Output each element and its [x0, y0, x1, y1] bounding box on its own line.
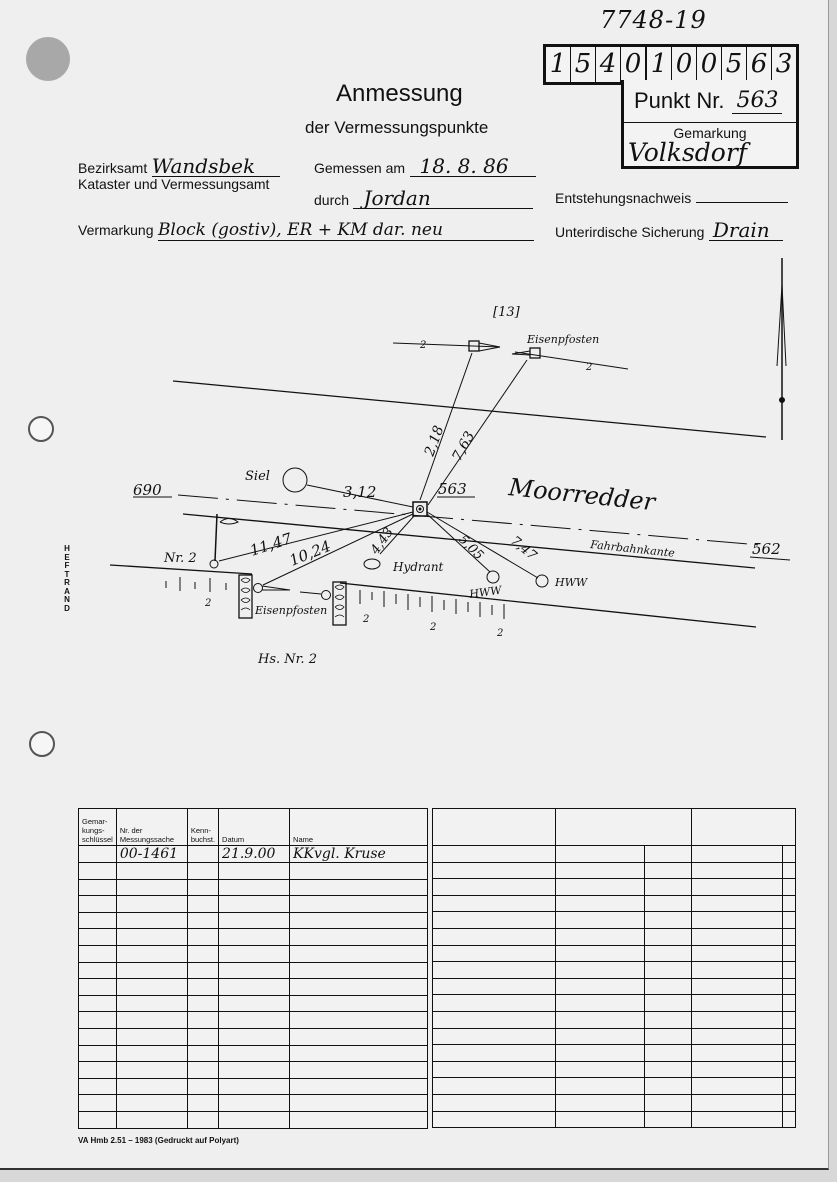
table-row [79, 863, 428, 880]
table-row [79, 995, 428, 1012]
svg-text:562: 562 [752, 540, 781, 558]
cell [433, 1094, 556, 1111]
cell [645, 862, 692, 879]
cell [219, 896, 290, 913]
svg-text:2: 2 [496, 628, 503, 639]
cell [116, 879, 187, 896]
svg-text:2: 2 [362, 614, 369, 625]
cell [116, 1111, 187, 1128]
cell [783, 1111, 796, 1128]
cell [79, 879, 117, 896]
cell [692, 1045, 783, 1062]
cell [290, 1111, 428, 1128]
cell [556, 995, 645, 1012]
cell [783, 1061, 796, 1078]
cell [219, 1028, 290, 1045]
table-row [433, 945, 796, 962]
table-row [79, 1045, 428, 1062]
table-row [79, 879, 428, 896]
cell [116, 979, 187, 996]
cell [116, 1095, 187, 1112]
table-row [433, 862, 796, 879]
cell [290, 962, 428, 979]
cell [556, 1111, 645, 1128]
table-row [433, 962, 796, 979]
svg-text:563: 563 [438, 480, 467, 498]
cell [433, 995, 556, 1012]
cell [645, 1094, 692, 1111]
table-row [433, 1061, 796, 1078]
cell [79, 979, 117, 996]
cell [116, 896, 187, 913]
table-row [433, 1094, 796, 1111]
cell [645, 1078, 692, 1095]
cell [556, 945, 645, 962]
table-row [79, 979, 428, 996]
cell [556, 1028, 645, 1045]
cell [290, 1045, 428, 1062]
cell [783, 995, 796, 1012]
cell [783, 846, 796, 863]
svg-text:Eisenpfosten: Eisenpfosten [526, 333, 599, 346]
cell [290, 863, 428, 880]
cell [783, 1094, 796, 1111]
cell [556, 1094, 645, 1111]
cell [556, 879, 645, 896]
cell [692, 945, 783, 962]
table-row [433, 995, 796, 1012]
svg-text:Siel: Siel [245, 469, 270, 484]
cell [433, 962, 556, 979]
cell [187, 1078, 218, 1095]
cell [219, 1111, 290, 1128]
cell [556, 846, 645, 863]
cell [290, 896, 428, 913]
table-row [433, 1111, 796, 1128]
cell [290, 1028, 428, 1045]
cell [79, 1028, 117, 1045]
col-kennbuchst: Kenn-buchst. [187, 809, 218, 846]
cell [692, 1078, 783, 1095]
cell [219, 995, 290, 1012]
cell [290, 879, 428, 896]
cell [783, 978, 796, 995]
cell [783, 912, 796, 929]
cell [79, 896, 117, 913]
cell [692, 928, 783, 945]
cell [187, 1062, 218, 1079]
cell [556, 962, 645, 979]
cell [645, 1061, 692, 1078]
table-row [433, 895, 796, 912]
cell [783, 879, 796, 896]
cell [116, 1012, 187, 1029]
cell [692, 879, 783, 896]
cell: 21.9.00 [219, 846, 290, 863]
table-row [79, 1078, 428, 1095]
cell [79, 945, 117, 962]
table-row: 00-1461 21.9.00 KKvgl. Kruse [79, 846, 428, 863]
cell [187, 896, 218, 913]
cell [79, 1078, 117, 1095]
cell [116, 962, 187, 979]
cell [692, 1028, 783, 1045]
cell [433, 1111, 556, 1128]
cell [692, 912, 783, 929]
svg-text:[13]: [13] [493, 305, 521, 320]
continuation-table [432, 808, 796, 1128]
cell [645, 895, 692, 912]
col-messungssache: Nr. der Messungssache [116, 809, 187, 846]
cell: 00-1461 [116, 846, 187, 863]
table-header [433, 809, 796, 846]
cell [116, 1045, 187, 1062]
svg-text:2: 2 [204, 598, 211, 609]
cell [783, 928, 796, 945]
cell [290, 1012, 428, 1029]
cell [433, 928, 556, 945]
cell [219, 929, 290, 946]
table-header: Gemar-kungs-schlüssel Nr. der Messungssa… [79, 809, 428, 846]
table-row [433, 1028, 796, 1045]
table-row [79, 945, 428, 962]
cell [692, 846, 783, 863]
cell [219, 962, 290, 979]
col-datum: Datum [219, 809, 290, 846]
cell [187, 879, 218, 896]
cell [433, 879, 556, 896]
cell [433, 1045, 556, 1062]
cell [645, 1045, 692, 1062]
table-row [433, 1011, 796, 1028]
table-row [79, 962, 428, 979]
cell [783, 895, 796, 912]
table-row [79, 1111, 428, 1128]
table-row [79, 1028, 428, 1045]
cell [116, 945, 187, 962]
cell [187, 1012, 218, 1029]
cell [692, 1061, 783, 1078]
cell [433, 1028, 556, 1045]
survey-sketch: [13] Eisenpfosten 2 2 2,18 7,63 690 562 … [0, 0, 837, 800]
cell [290, 929, 428, 946]
cell [187, 1095, 218, 1112]
cell [645, 1028, 692, 1045]
cell [692, 962, 783, 979]
cell [433, 978, 556, 995]
cell [187, 929, 218, 946]
cell [783, 945, 796, 962]
measurement-history-table: Gemar-kungs-schlüssel Nr. der Messungssa… [78, 808, 428, 1129]
cell: KKvgl. Kruse [290, 846, 428, 863]
table-row [79, 912, 428, 929]
svg-text:2: 2 [429, 622, 436, 633]
cell [79, 846, 117, 863]
cell [556, 895, 645, 912]
svg-text:Hydrant: Hydrant [392, 560, 444, 574]
table-row [433, 912, 796, 929]
cell [433, 846, 556, 863]
svg-text:7,47: 7,47 [507, 534, 539, 565]
cell [79, 1012, 117, 1029]
cell [556, 1078, 645, 1095]
cell [433, 1078, 556, 1095]
cell [187, 962, 218, 979]
cell [433, 862, 556, 879]
blank-header [556, 809, 692, 846]
table-row [433, 1078, 796, 1095]
cell [692, 995, 783, 1012]
cell [79, 863, 117, 880]
cell [645, 945, 692, 962]
cell [219, 1078, 290, 1095]
table-row [79, 1062, 428, 1079]
cell [556, 978, 645, 995]
table-row [79, 929, 428, 946]
cell [783, 962, 796, 979]
cell [692, 1011, 783, 1028]
cell [187, 912, 218, 929]
cell [783, 1011, 796, 1028]
cell [187, 863, 218, 880]
cell [556, 1061, 645, 1078]
cell [645, 995, 692, 1012]
cell [556, 862, 645, 879]
cell [556, 1011, 645, 1028]
cell [290, 1062, 428, 1079]
cell [219, 912, 290, 929]
cell [433, 912, 556, 929]
cell [433, 1061, 556, 1078]
cell [783, 1045, 796, 1062]
cell [783, 862, 796, 879]
cell [219, 1045, 290, 1062]
cell [187, 945, 218, 962]
table-row [79, 1095, 428, 1112]
cell [79, 962, 117, 979]
svg-text:Eisenpfosten: Eisenpfosten [254, 604, 327, 617]
col-name: Name [290, 809, 428, 846]
cell [116, 995, 187, 1012]
table-row [433, 879, 796, 896]
cell [116, 1062, 187, 1079]
cell [290, 1078, 428, 1095]
cell [645, 962, 692, 979]
svg-text:Nr. 2: Nr. 2 [163, 551, 197, 566]
cell [79, 1111, 117, 1128]
cell [692, 862, 783, 879]
cell [645, 912, 692, 929]
cell [79, 995, 117, 1012]
col-gemarkung: Gemar-kungs-schlüssel [79, 809, 117, 846]
cell [290, 945, 428, 962]
cell [219, 979, 290, 996]
cell [645, 978, 692, 995]
cell [645, 846, 692, 863]
svg-text:2: 2 [419, 340, 426, 351]
svg-text:7,63: 7,63 [449, 429, 478, 464]
cell [79, 1095, 117, 1112]
cell [645, 928, 692, 945]
cell [433, 1011, 556, 1028]
cell [116, 912, 187, 929]
north-arrow-icon [777, 258, 786, 440]
table-row [433, 846, 796, 863]
table-row [433, 1045, 796, 1062]
cell [692, 1094, 783, 1111]
table-row [79, 1012, 428, 1029]
svg-text:5,05: 5,05 [455, 532, 486, 563]
cell [433, 895, 556, 912]
svg-text:2,18: 2,18 [421, 424, 447, 460]
svg-text:4,43: 4,43 [367, 525, 396, 558]
cell [783, 1078, 796, 1095]
cell [116, 1028, 187, 1045]
cell [79, 929, 117, 946]
cell [556, 1045, 645, 1062]
blank-header [692, 809, 796, 846]
table-row [433, 928, 796, 945]
cell [116, 929, 187, 946]
cell [645, 1111, 692, 1128]
cell [79, 1045, 117, 1062]
cell [219, 1012, 290, 1029]
cell [692, 1111, 783, 1128]
cell [783, 1028, 796, 1045]
cell [219, 863, 290, 880]
cell [290, 979, 428, 996]
cell [219, 1062, 290, 1079]
cell [187, 979, 218, 996]
svg-text:3,12: 3,12 [343, 483, 376, 501]
svg-text:2: 2 [585, 362, 592, 373]
cell [556, 912, 645, 929]
cell [219, 879, 290, 896]
cell [116, 863, 187, 880]
form-footer: VA Hmb 2.51 – 1983 (Gedruckt auf Polyart… [78, 1136, 239, 1145]
cell [187, 995, 218, 1012]
table-row [79, 896, 428, 913]
cell [692, 895, 783, 912]
cell [187, 1111, 218, 1128]
cell [290, 1095, 428, 1112]
street-name: Moorredder [506, 473, 658, 516]
cell [187, 846, 218, 863]
cell [290, 995, 428, 1012]
cell [290, 912, 428, 929]
cell [116, 1078, 187, 1095]
svg-text:Hs. Nr. 2: Hs. Nr. 2 [257, 652, 317, 667]
cell [219, 1095, 290, 1112]
cell [79, 1062, 117, 1079]
svg-text:HWW: HWW [554, 576, 589, 589]
cell [187, 1028, 218, 1045]
cell [219, 945, 290, 962]
cell [645, 879, 692, 896]
table-row [433, 978, 796, 995]
cell [79, 912, 117, 929]
cell [433, 945, 556, 962]
cell [645, 1011, 692, 1028]
blank-header [433, 809, 556, 846]
cell [556, 928, 645, 945]
cell [692, 978, 783, 995]
svg-text:690: 690 [133, 481, 162, 499]
cell [187, 1045, 218, 1062]
